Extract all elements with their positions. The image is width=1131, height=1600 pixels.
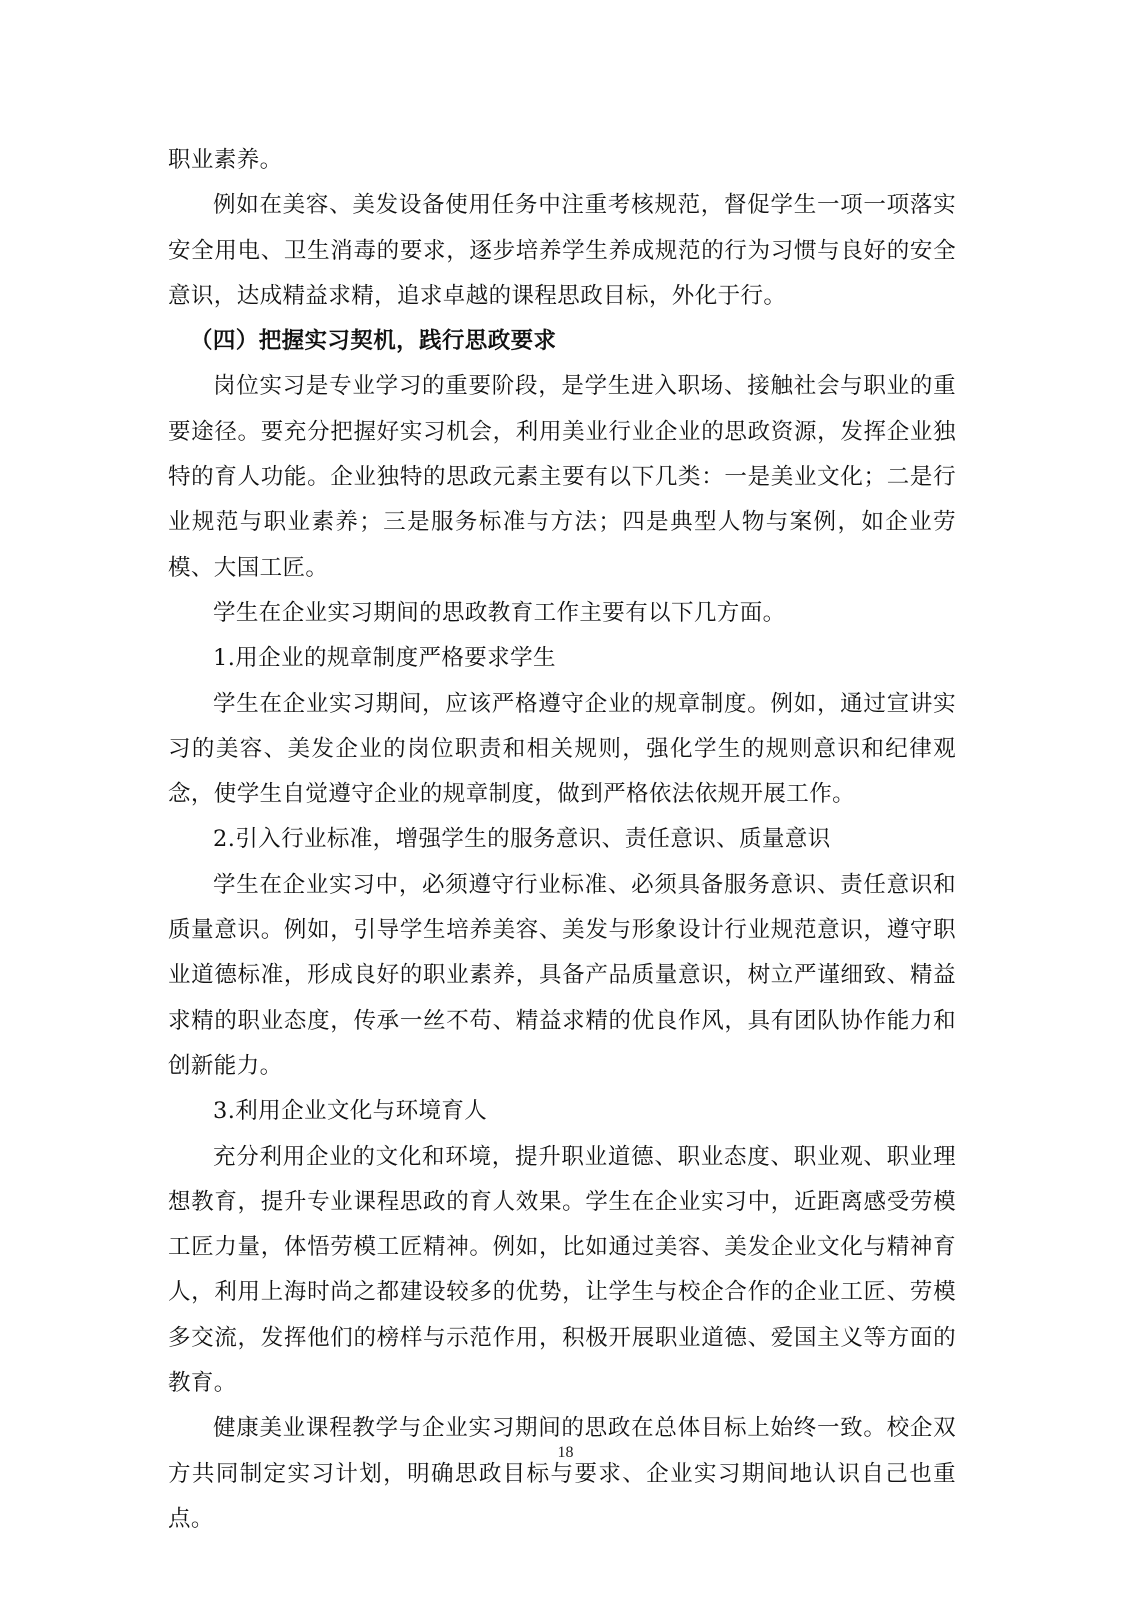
paragraph-standards: 学生在企业实习中，必须遵守行业标准、必须具备服务意识、责任意识和质量意识。例如，… (168, 863, 956, 1089)
paragraph-conclusion: 健康美业课程教学与企业实习期间的思政在总体目标上始终一致。校企双方共同制定实习计… (168, 1406, 956, 1542)
document-body: 职业素养。 例如在美容、美发设备使用任务中注重考核规范，督促学生一项一项落实安全… (168, 138, 956, 1542)
paragraph-rules: 学生在企业实习期间，应该严格遵守企业的规章制度。例如，通过宣讲实习的美容、美发企… (168, 682, 956, 818)
paragraph-internship-intro: 岗位实习是专业学习的重要阶段，是学生进入职场、接触社会与职业的重要途径。要充分把… (168, 364, 956, 590)
list-item-heading-3: 3.利用企业文化与环境育人 (168, 1089, 956, 1134)
paragraph-equipment-example: 例如在美容、美发设备使用任务中注重考核规范，督促学生一项一项落实安全用电、卫生消… (168, 183, 956, 319)
paragraph-continuation: 职业素养。 (168, 138, 956, 183)
list-item-heading-2: 2.引入行业标准，增强学生的服务意识、责任意识、质量意识 (168, 817, 956, 862)
document-page: 职业素养。 例如在美容、美发设备使用任务中注重考核规范，督促学生一项一项落实安全… (0, 0, 1131, 1600)
paragraph-culture: 充分利用企业的文化和环境，提升职业道德、职业态度、职业观、职业理想教育，提升专业… (168, 1135, 956, 1407)
section-heading: （四）把握实习契机，践行思政要求 (168, 319, 956, 364)
paragraph-aspects-intro: 学生在企业实习期间的思政教育工作主要有以下几方面。 (168, 591, 956, 636)
page-number: 18 (0, 1444, 1131, 1462)
list-item-heading-1: 1.用企业的规章制度严格要求学生 (168, 636, 956, 681)
